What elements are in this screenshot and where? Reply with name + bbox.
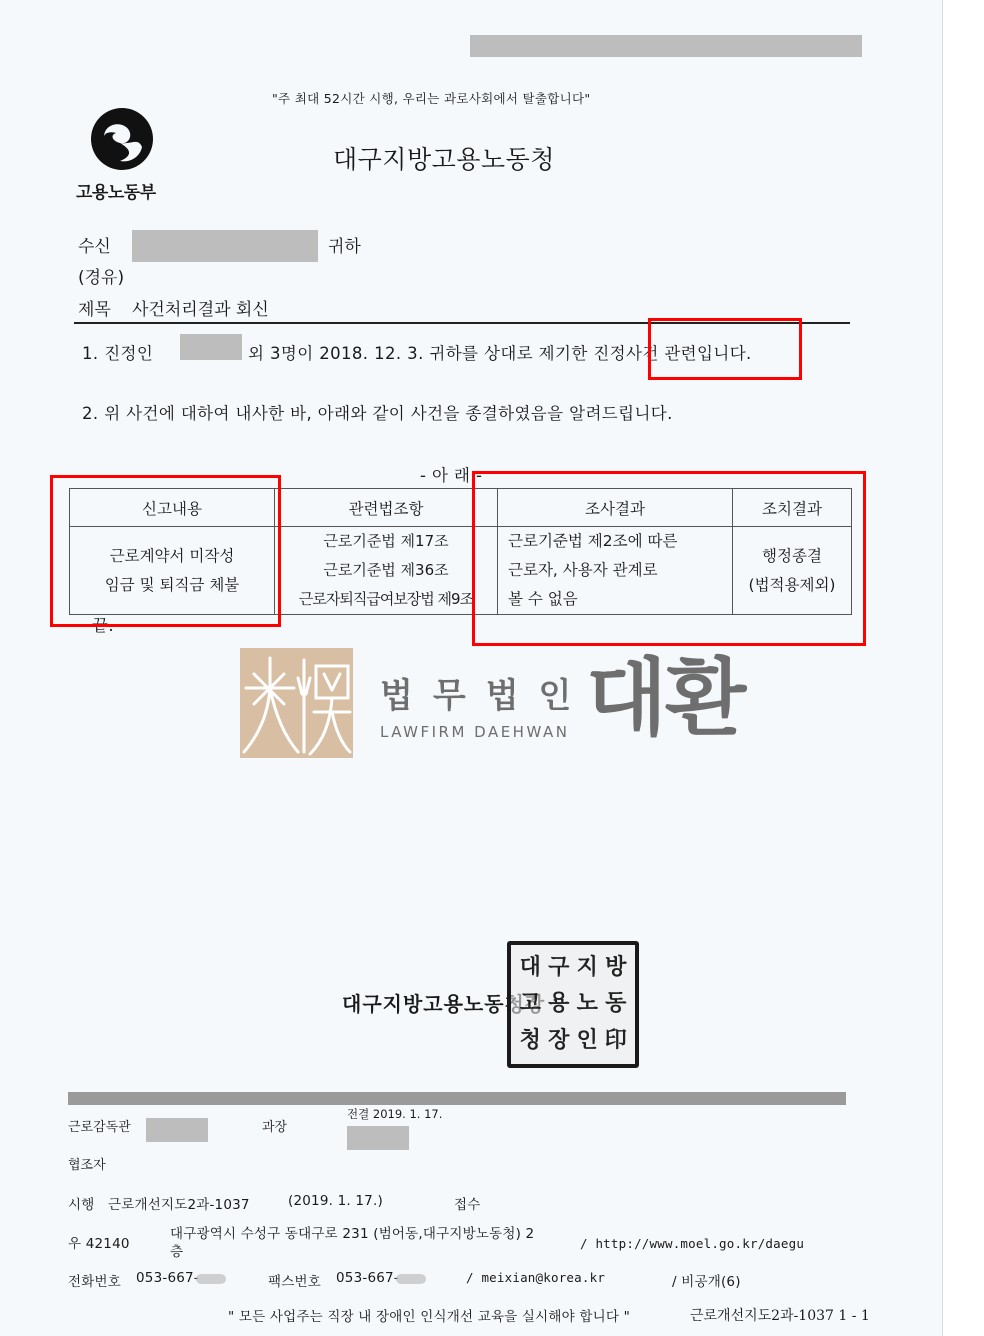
phone-number: 053-667- bbox=[136, 1270, 199, 1286]
disclosure-status: / 비공개(6) bbox=[672, 1270, 741, 1290]
subject-label: 제목 bbox=[78, 295, 111, 320]
footer-notice: " 모든 사업주는 직장 내 장애인 인식개선 교육을 실시해야 합니다 " bbox=[228, 1305, 630, 1325]
enforcement-number: 근로개선지도2과-1037 bbox=[108, 1193, 250, 1213]
enforcement-label: 시행 bbox=[68, 1193, 94, 1213]
ministry-emblem-icon bbox=[90, 107, 154, 171]
website-link[interactable]: / http://www.moel.go.kr/daegu bbox=[580, 1236, 804, 1251]
email-address[interactable]: / meixian@korea.kr bbox=[466, 1270, 605, 1285]
redacted-fax bbox=[396, 1274, 426, 1284]
document-page: "주 최대 52시간 시행, 우리는 과로사회에서 탈출합니다" 고용노동부 대… bbox=[0, 0, 943, 1336]
document-reference: 근로개선지도2과-1037 1 - 1 bbox=[690, 1305, 870, 1325]
highlight-box-result bbox=[472, 471, 866, 646]
paragraph-1-prefix: 1. 진정인 bbox=[82, 340, 153, 364]
enforcement-date: (2019. 1. 17.) bbox=[288, 1193, 383, 1209]
cooperator-label: 협조자 bbox=[68, 1154, 106, 1173]
fax-label: 팩스번호 bbox=[268, 1270, 321, 1290]
lawfirm-name-ko: 법무법인 bbox=[380, 668, 591, 717]
lawfirm-hanja-icon bbox=[240, 648, 353, 758]
manager-label: 과장 bbox=[262, 1116, 287, 1135]
redacted-recipient bbox=[132, 230, 318, 262]
lawfirm-brand: 대환 bbox=[586, 648, 744, 748]
recipient-suffix: 귀하 bbox=[328, 232, 361, 257]
redacted-manager bbox=[347, 1126, 409, 1150]
cell-laws: 근로기준법 제17조 근로기준법 제36조 근로자퇴직급여보장법 제9조 bbox=[275, 527, 498, 615]
fax-number: 053-667- bbox=[336, 1270, 399, 1286]
receipt-label: 접수 bbox=[454, 1193, 480, 1213]
redacted-phone bbox=[196, 1274, 226, 1284]
via-label: (경유) bbox=[78, 263, 124, 288]
phone-label: 전화번호 bbox=[68, 1270, 121, 1290]
header-laws: 관련법조항 bbox=[275, 489, 498, 527]
address-line-1: 대구광역시 수성구 동대구로 231 (범어동,대구지방노동청) 2 bbox=[170, 1222, 534, 1242]
redacted-header bbox=[470, 35, 862, 57]
redacted-inspector bbox=[146, 1118, 208, 1142]
highlight-box-report bbox=[50, 475, 281, 627]
approval-date: 전결 2019. 1. 17. bbox=[347, 1106, 442, 1122]
subject-text: 사건처리결과 회신 bbox=[132, 295, 269, 320]
ministry-logo-text: 고용노동부 bbox=[76, 178, 156, 203]
highlight-box-petition bbox=[648, 318, 802, 380]
footer-divider-bar bbox=[68, 1092, 846, 1105]
redacted-petitioner bbox=[180, 334, 242, 360]
address-line-2: 층 bbox=[170, 1240, 183, 1260]
recipient-label: 수신 bbox=[78, 232, 111, 257]
inspector-label: 근로감독관 bbox=[68, 1116, 131, 1135]
postal-code: 우 42140 bbox=[68, 1232, 130, 1252]
lawfirm-name-en: LAWFIRM DAEHWAN bbox=[380, 723, 569, 741]
organization-title: 대구지방고용노동청 bbox=[333, 140, 555, 176]
lawfirm-logo bbox=[240, 648, 353, 758]
official-seal-icon: 대 구 지 방 고 용 노 동 청 장 인 印 bbox=[507, 941, 639, 1068]
slogan: "주 최대 52시간 시행, 우리는 과로사회에서 탈출합니다" bbox=[272, 89, 590, 107]
paragraph-2-text: 2. 위 사건에 대하여 내사한 바, 아래와 같이 사건을 종결하였음을 알려… bbox=[82, 400, 673, 424]
